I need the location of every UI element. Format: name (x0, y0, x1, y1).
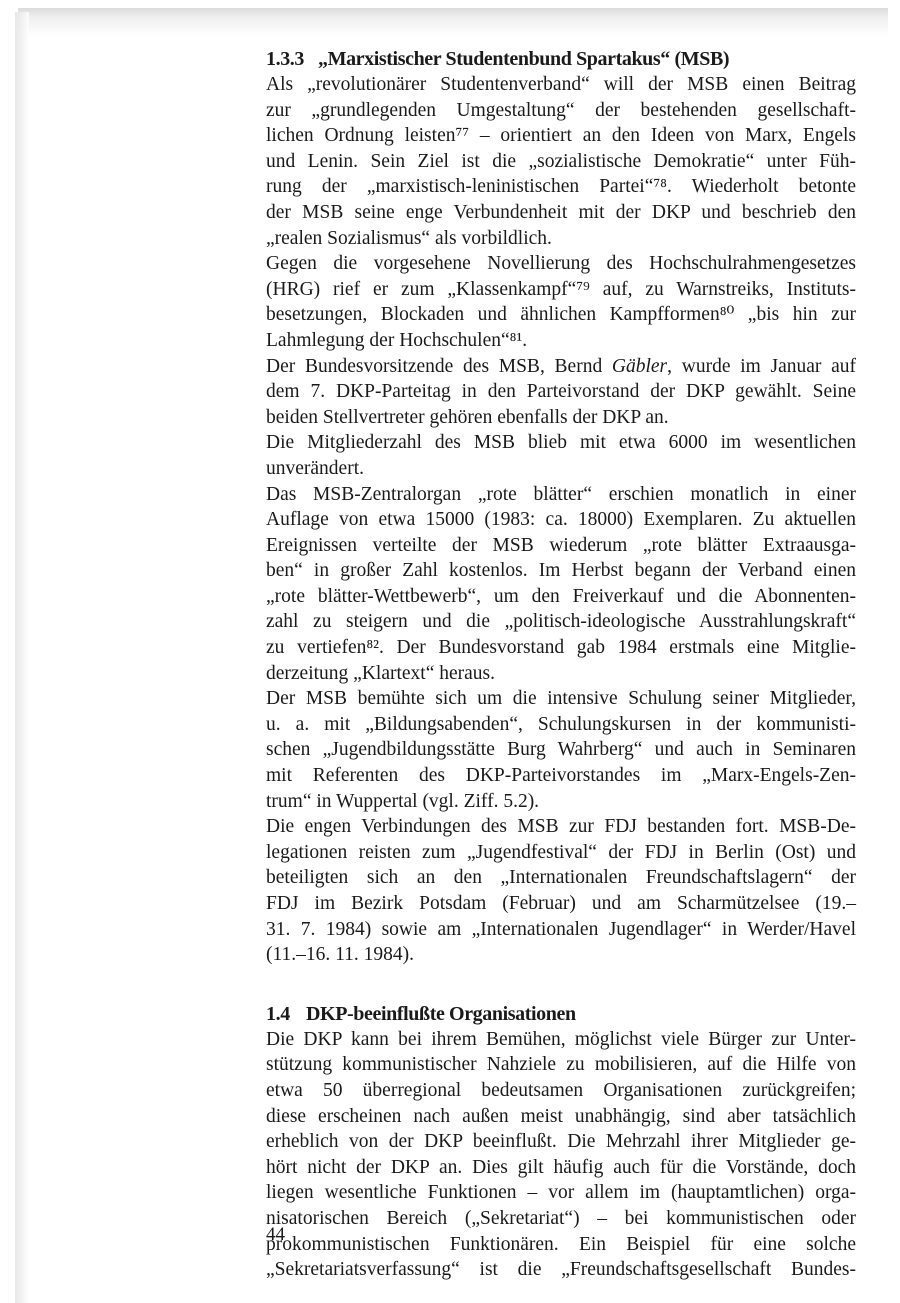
text-line: „realen Sozialismus“ als vorbildlich. (266, 226, 856, 252)
text-line: erheblich von der DKP beeinflußt. Die Me… (266, 1129, 856, 1155)
text-line: u. a. mit „Bildungsabenden“, Schulungsku… (266, 712, 856, 738)
text-line: Gegen die vorgesehene Novellierung des H… (266, 251, 856, 277)
paragraph: Die DKP kann bei ihrem Bemühen, möglichs… (266, 1027, 856, 1283)
text-line: der MSB seine enge Verbundenheit mit der… (266, 200, 856, 226)
paragraph: Als „revolutionärer Studentenverband“ wi… (266, 72, 856, 251)
paragraph: Die engen Verbindungen des MSB zur FDJ b… (266, 814, 856, 968)
scan-shadow-top (18, 8, 888, 38)
person-name: Gäbler (612, 356, 667, 377)
text-line: derzeitung „Klartext“ heraus. (266, 661, 856, 687)
text-line: Die Mitgliederzahl des MSB blieb mit etw… (266, 430, 856, 456)
text-line: unverändert. (266, 456, 856, 482)
page-body: 1.3.3„Marxistischer Studentenbund Sparta… (266, 46, 856, 1283)
text-line: Als „revolutionärer Studentenverband“ wi… (266, 72, 856, 98)
section-title: DKP-beeinflußte Organisationen (306, 1003, 576, 1025)
paragraph: Das MSB-Zentralorgan „rote blätter“ ersc… (266, 482, 856, 687)
paragraph: Der MSB bemühte sich um die intensive Sc… (266, 686, 856, 814)
text-line: etwa 50 überregional bedeutsamen Organis… (266, 1078, 856, 1104)
section-heading-1-3-3: 1.3.3„Marxistischer Studentenbund Sparta… (266, 46, 856, 72)
text-line: prokommunistischen Funktionären. Ein Bei… (266, 1232, 856, 1258)
text-line: Lahmlegung der Hochschulen“⁸¹. (266, 328, 856, 354)
text-line: Das MSB-Zentralorgan „rote blätter“ ersc… (266, 482, 856, 508)
section-spacer (266, 968, 856, 1001)
text-line: beiden Stellvertreter gehören ebenfalls … (266, 405, 856, 431)
text-line: ben“ in großer Zahl kostenlos. Im Herbst… (266, 558, 856, 584)
section-number: 1.4 (266, 1001, 306, 1027)
text-line: trum“ in Wuppertal (vgl. Ziff. 5.2). (266, 789, 856, 815)
text-line: beteiligten sich an den „Internationalen… (266, 865, 856, 891)
text-line: dem 7. DKP-Parteitag in den Parteivorsta… (266, 379, 856, 405)
text-line: „Sekretariatsverfassung“ ist die „Freund… (266, 1257, 856, 1283)
section-heading-1-4: 1.4DKP-beeinflußte Organisationen (266, 1001, 856, 1027)
text-line: Auflage von etwa 15000 (1983: ca. 18000)… (266, 507, 856, 533)
paragraph: Der Bundesvorsitzende des MSB, Bernd Gäb… (266, 354, 856, 431)
text-line: (HRG) rief er zum „Klassenkampf“⁷⁹ auf, … (266, 277, 856, 303)
text-line: besetzungen, Blockaden und ähnlichen Kam… (266, 302, 856, 328)
paragraph: Gegen die vorgesehene Novellierung des H… (266, 251, 856, 353)
text-line: Der MSB bemühte sich um die intensive Sc… (266, 686, 856, 712)
text-line: und Lenin. Sein Ziel ist die „sozialisti… (266, 149, 856, 175)
text-line: nisatorischen Bereich („Sekretariat“) – … (266, 1206, 856, 1232)
page-number: 44 (266, 1224, 285, 1246)
text-line: 31. 7. 1984) sowie am „Internationalen J… (266, 917, 856, 943)
text-line: FDJ im Bezirk Potsdam (Februar) und am S… (266, 891, 856, 917)
text-line: lichen Ordnung leisten⁷⁷ – orientiert an… (266, 123, 856, 149)
text-line: stützung kommunistischer Nahziele zu mob… (266, 1052, 856, 1078)
text-line: Ereignissen verteilte der MSB wiederum „… (266, 533, 856, 559)
text-line: (11.–16. 11. 1984). (266, 942, 856, 968)
text-line: legationen reisten zum „Jugendfestival“ … (266, 840, 856, 866)
text-line: zu vertiefen⁸². Der Bundesvorstand gab 1… (266, 635, 856, 661)
text-line: Die engen Verbindungen des MSB zur FDJ b… (266, 814, 856, 840)
text-line: diese erscheinen nach außen meist unabhä… (266, 1104, 856, 1130)
text-line: zahl zu steigern und die „politisch-ideo… (266, 609, 856, 635)
text-line: „rote blätter-Wettbewerb“, um den Freive… (266, 584, 856, 610)
text-line: rung der „marxistisch-leninistischen Par… (266, 174, 856, 200)
text-line: liegen wesentliche Funktionen – vor alle… (266, 1180, 856, 1206)
scan-shadow-left (15, 12, 29, 1303)
paragraph: Die Mitgliederzahl des MSB blieb mit etw… (266, 430, 856, 481)
text-line: Der Bundesvorsitzende des MSB, Bernd Gäb… (266, 354, 856, 380)
text-line: mit Referenten des DKP-Parteivorstandes … (266, 763, 856, 789)
text-line: Die DKP kann bei ihrem Bemühen, möglichs… (266, 1027, 856, 1053)
text-line: hört nicht der DKP an. Dies gilt häufig … (266, 1155, 856, 1181)
section-number: 1.3.3 (266, 46, 318, 72)
text-line: schen „Jugendbildungsstätte Burg Wahrber… (266, 737, 856, 763)
section-title: „Marxistischer Studentenbund Spartakus“ … (318, 48, 729, 70)
text-line: zur „grundlegenden Umgestaltung“ der bes… (266, 98, 856, 124)
